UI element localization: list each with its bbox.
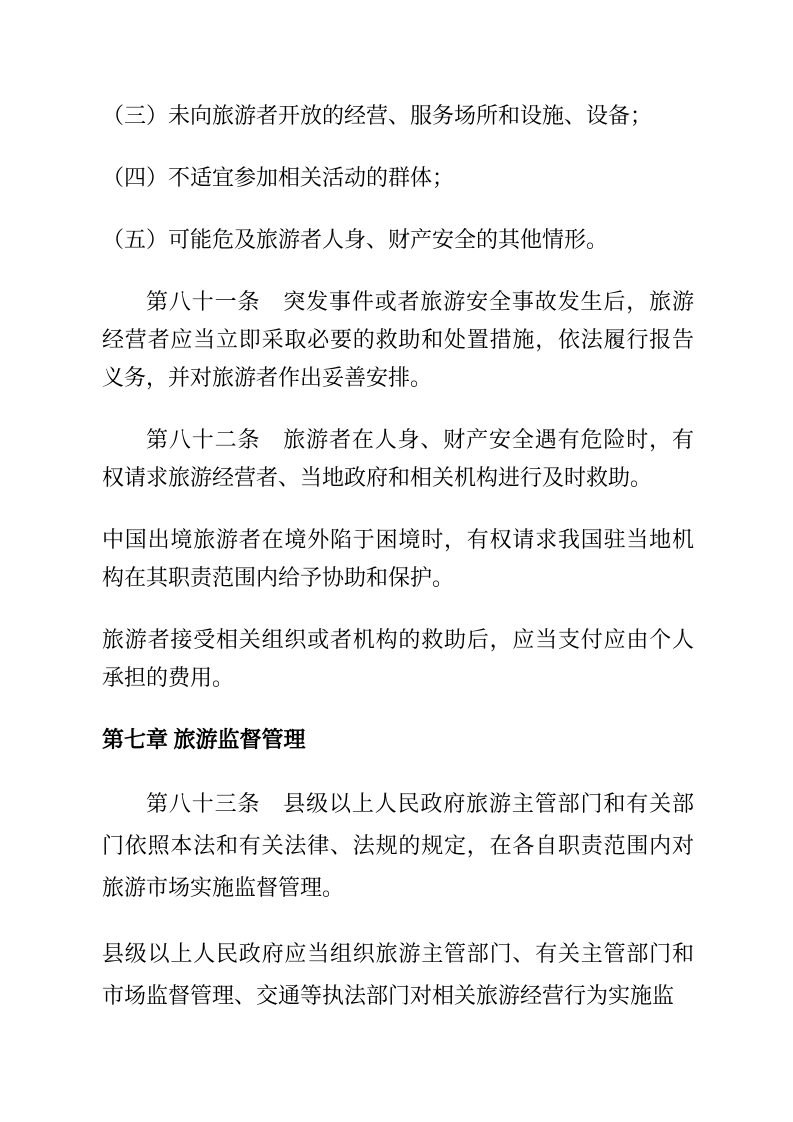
clause-item-3: （三）未向旅游者开放的经营、服务场所和设施、设备；: [102, 97, 694, 135]
article-82-paragraph-3: 旅游者接受相关组织或者机构的救助后，应当支付应由个人承担的费用。: [102, 621, 694, 697]
article-83-paragraph-2-truncated: 县级以上人民政府应当组织旅游主管部门、有关主管部门和市场监督管理、交通等执法部门…: [102, 933, 694, 1017]
article-82-paragraph-1: 第八十二条 旅游者在人身、财产安全遇有危险时，有权请求旅游经营者、当地政府和相关…: [102, 421, 694, 497]
article-83-paragraph-1: 第八十三条 县级以上人民政府旅游主管部门和有关部门依照本法和有关法律、法规的规定…: [102, 783, 694, 909]
article-81-paragraph: 第八十一条 突发事件或者旅游安全事故发生后，旅游经营者应当立即采取必要的救助和处…: [102, 283, 694, 397]
page-content: （三）未向旅游者开放的经营、服务场所和设施、设备； （四）不适宜参加相关活动的群…: [102, 97, 694, 1041]
chapter-7-heading: 第七章 旅游监督管理: [102, 721, 694, 759]
document-page: （三）未向旅游者开放的经营、服务场所和设施、设备； （四）不适宜参加相关活动的群…: [0, 0, 793, 1122]
clause-item-4: （四）不适宜参加相关活动的群体；: [102, 159, 694, 197]
clause-item-5: （五）可能危及旅游者人身、财产安全的其他情形。: [102, 221, 694, 259]
article-82-paragraph-2: 中国出境旅游者在境外陷于困境时，有权请求我国驻当地机构在其职责范围内给予协助和保…: [102, 521, 694, 597]
